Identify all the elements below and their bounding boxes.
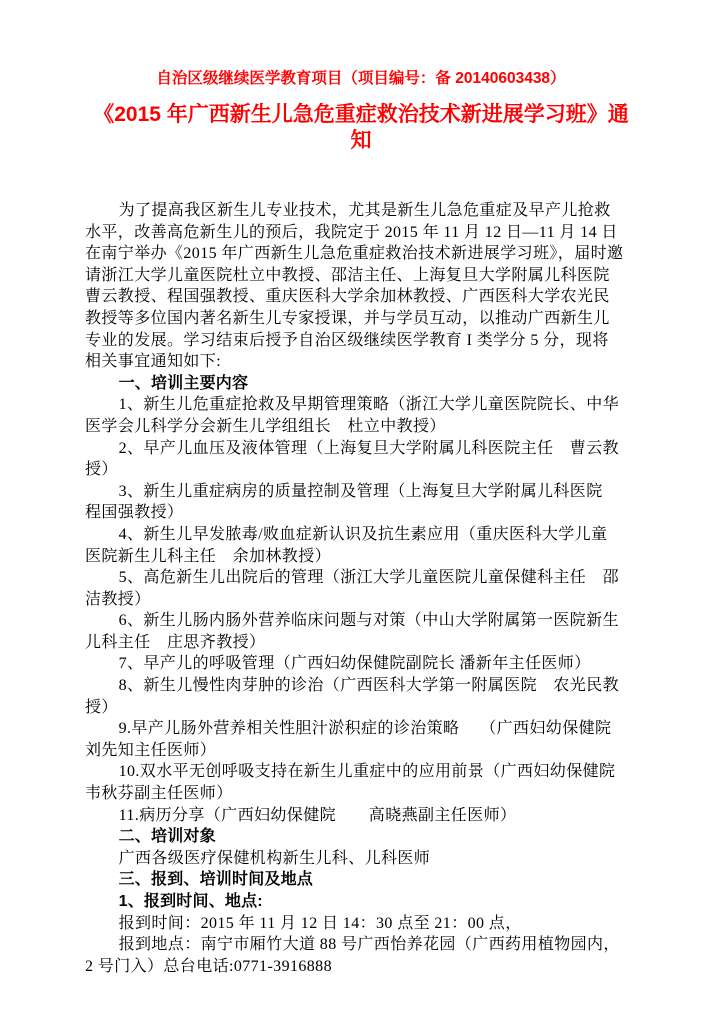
text-line: 7、早产儿的呼吸管理（广西妇幼保健院副院长 潘新年主任医师） (85, 653, 637, 675)
text-line: 一、培训主要内容 (85, 373, 637, 395)
text-line: 3、新生儿重症病房的质量控制及管理（上海复旦大学附属儿科医院 (85, 481, 637, 503)
text-line: 二、培训对象 (85, 826, 637, 848)
text-line: 儿科主任 庄思齐教授） (85, 632, 637, 654)
text-line: 2、早产儿血压及液体管理（上海复旦大学附属儿科医院主任 曹云教 (85, 438, 637, 460)
text-line: 请浙江大学儿童医院杜立中教授、邵洁主任、上海复旦大学附属儿科医院 (85, 265, 637, 287)
text-line: 授） (85, 459, 637, 481)
text-line: 8、新生儿慢性肉芽肿的诊治（广西医科大学第一附属医院 农光民教授） (85, 675, 637, 718)
project-number-line: 自治区级继续医学教育项目（项目编号：备 20140603438） (85, 70, 637, 88)
text-line: 4、新生儿早发脓毒/败血症新认识及抗生素应用（重庆医科大学儿童 (85, 524, 637, 546)
text-line: 医学会儿科学分会新生儿学组组长 杜立中教授） (85, 416, 637, 438)
text-line: 9.早产儿肠外营养相关性胆汁淤积症的诊治策略 （广西妇幼保健院 (85, 718, 637, 740)
text-line: 1、报到时间、地点: (85, 891, 637, 913)
text-line: 三、报到、培训时间及地点 (85, 869, 637, 891)
text-line: 专业的发展。学习结束后授予自治区级继续医学教育 I 类学分 5 分，现将 (85, 330, 637, 352)
text-line: 洁教授） (85, 589, 637, 611)
text-line: 程国强教授） (85, 502, 637, 524)
text-line: 5、高危新生儿出院后的管理（浙江大学儿童医院儿童保健科主任 邵 (85, 567, 637, 589)
text-line: 相关事宜通知如下: (85, 351, 637, 373)
text-line: 1、新生儿危重症抢救及早期管理策略（浙江大学儿童医院院长、中华 (85, 394, 637, 416)
text-line: 曹云教授、程国强教授、重庆医科大学余加林教授、广西医科大学农光民 (85, 286, 637, 308)
text-line: 广西各级医疗保健机构新生儿科、儿科医师 (85, 848, 637, 870)
document-body: 为了提高我区新生儿专业技术，尤其是新生儿急危重症及早产儿抢救水平，改善高危新生儿… (85, 200, 637, 977)
document-title: 《2015 年广西新生儿急危重症救治技术新进展学习班》通知 (85, 102, 637, 154)
text-line: 在南宁举办《2015 年广西新生儿急危重症救治技术新进展学习班》，届时邀 (85, 243, 637, 265)
text-line: 为了提高我区新生儿专业技术，尤其是新生儿急危重症及早产儿抢救 (85, 200, 637, 222)
document-page: 自治区级继续医学教育项目（项目编号：备 20140603438） 《2015 年… (0, 0, 720, 1019)
text-line: 韦秋芬副主任医师） (85, 783, 637, 805)
text-line: 教授等多位国内著名新生儿专家授课，并与学员互动，以推动广西新生儿 (85, 308, 637, 330)
text-line: 报到时间：2015 年 11 月 12 日 14：30 点至 21：00 点， (85, 913, 637, 935)
text-line: 报到地点：南宁市厢竹大道 88 号广西怡养花园（广西药用植物园内， (85, 934, 637, 956)
text-line: 10.双水平无创呼吸支持在新生儿重症中的应用前景（广西妇幼保健院 (85, 761, 637, 783)
text-line: 水平，改善高危新生儿的预后，我院定于 2015 年 11 月 12 日—11 月… (85, 222, 637, 244)
text-line: 医院新生儿科主任 余加林教授） (85, 546, 637, 568)
text-line: 刘先知主任医师） (85, 740, 637, 762)
text-line: 2 号门入）总台电话:0771-3916888 (85, 956, 637, 978)
text-line: 6、新生儿肠内肠外营养临床问题与对策（中山大学附属第一医院新生 (85, 610, 637, 632)
text-line: 11.病历分享（广西妇幼保健院 高晓燕副主任医师） (85, 805, 637, 827)
